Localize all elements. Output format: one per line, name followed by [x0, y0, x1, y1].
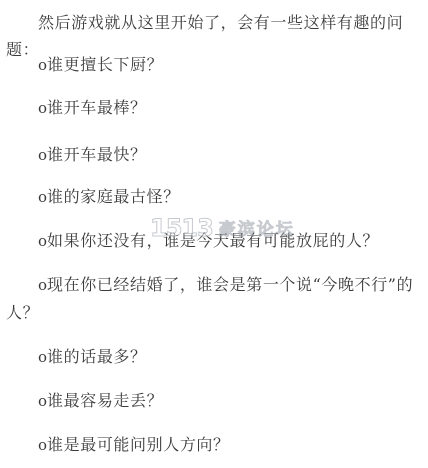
bullet-marker: o — [38, 232, 47, 250]
question-text: 如果你还没有，谁是今天最有可能放屁的人？ — [47, 231, 379, 250]
question-text: 谁开车最棒？ — [47, 98, 147, 117]
question-text: 谁的家庭最古怪？ — [47, 187, 180, 206]
question-text: 谁最容易走丢？ — [47, 391, 163, 410]
bullet-marker: o — [38, 146, 47, 164]
bullet-marker: o — [38, 188, 47, 206]
bullet-marker: o — [38, 436, 47, 454]
question-item: o谁是最可能问别人方向？ — [6, 431, 424, 459]
question-text: 谁的话最多？ — [47, 347, 147, 366]
question-item: o谁最容易走丢？ — [6, 387, 424, 415]
question-text: 谁更擅长下厨？ — [47, 55, 163, 74]
bullet-marker: o — [38, 392, 47, 410]
question-item: o谁开车最棒？ — [6, 94, 424, 122]
question-item: o谁开车最快？ — [6, 141, 424, 169]
question-item: o现在你已经结婚了，谁会是第一个说“今晚不行”的人？ — [6, 271, 424, 326]
question-text: 谁开车最快？ — [47, 145, 147, 164]
question-item: o谁的话最多？ — [6, 343, 424, 371]
bullet-marker: o — [38, 99, 47, 117]
question-item: o谁更擅长下厨？ — [6, 51, 424, 79]
bullet-marker: o — [38, 276, 47, 294]
question-item: o谁的家庭最古怪？ — [6, 183, 424, 211]
bullet-marker: o — [38, 56, 47, 74]
question-text: 现在你已经结婚了，谁会是第一个说“今晚不行”的人？ — [6, 275, 413, 322]
bullet-marker: o — [38, 348, 47, 366]
question-text: 谁是最可能问别人方向？ — [47, 435, 230, 454]
question-item: o如果你还没有，谁是今天最有可能放屁的人？ — [6, 227, 424, 255]
